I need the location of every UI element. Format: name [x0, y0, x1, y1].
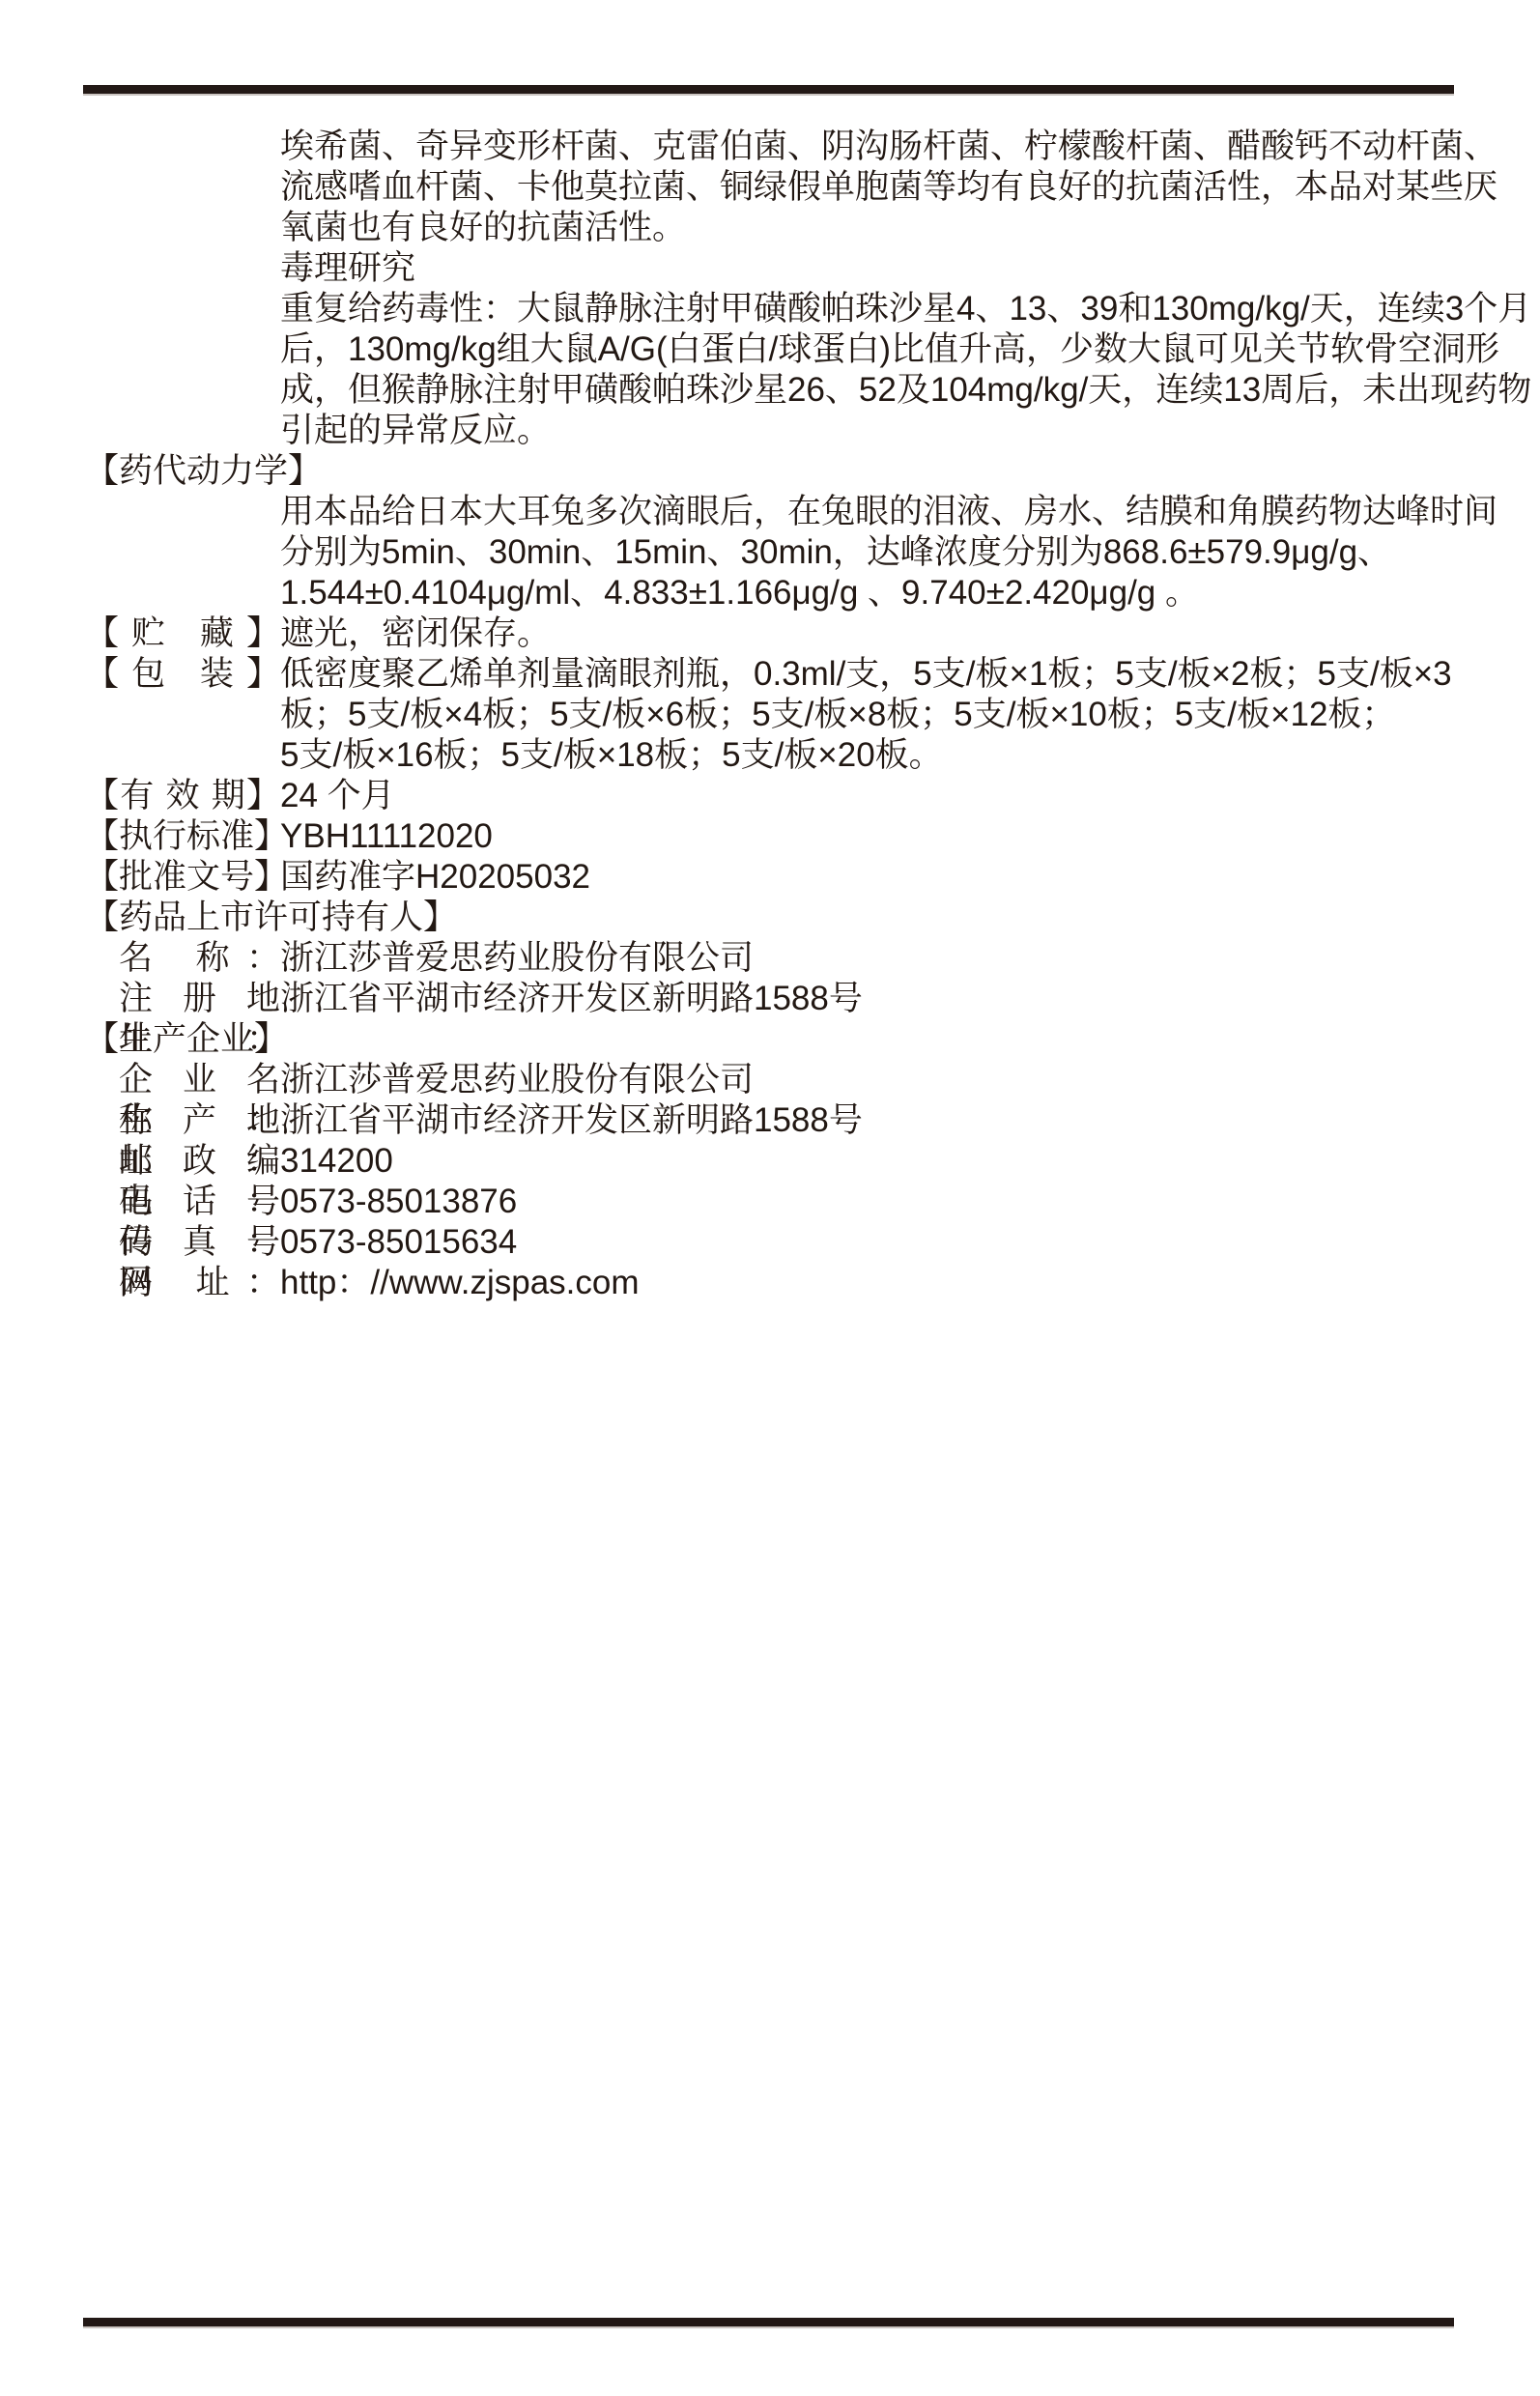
doc-line: 用本品给日本大耳兔多次滴眼后，在兔眼的泪液、房水、结膜和角膜药物达峰时间	[85, 492, 1467, 532]
line-text: 重复给药毒性：大鼠静脉注射甲磺酸帕珠沙星4、13、39和130mg/kg/天，连…	[280, 290, 1531, 328]
line-text: 后，130mg/kg组大鼠A/G(白蛋白/球蛋白)比值升高，少数大鼠可见关节软骨…	[280, 330, 1499, 368]
doc-line: 成，但猴静脉注射甲磺酸帕珠沙星26、52及104mg/kg/天，连续13周后，未…	[85, 370, 1467, 411]
line-text: 分别为5min、30min、15min、30min，达峰浓度分别为868.6±5…	[280, 533, 1391, 571]
doc-line: 引起的异常反应。	[85, 411, 1467, 451]
line-text: 0573-85013876	[280, 1183, 517, 1220]
doc-line: 企业名称：浙江莎普爱思药业股份有限公司	[85, 1060, 1467, 1100]
doc-line: 1.544±0.4104μg/ml、4.833±1.166μg/g 、9.740…	[85, 573, 1467, 613]
line-text: 用本品给日本大耳兔多次滴眼后，在兔眼的泪液、房水、结膜和角膜药物达峰时间	[280, 493, 1497, 530]
doc-line: 【生产企业】	[85, 1019, 1467, 1060]
line-text: http：//www.zjspas.com	[280, 1264, 640, 1301]
line-text: 1.544±0.4104μg/ml、4.833±1.166μg/g 、9.740…	[280, 574, 1199, 612]
doc-line: 5支/板×16板；5支/板×18板；5支/板×20板。	[85, 735, 1467, 776]
line-text: 毒理研究	[280, 249, 415, 287]
section-label: 【药品上市许可持有人】	[85, 898, 457, 938]
doc-line: 邮政编码：314200	[85, 1141, 1467, 1182]
line-text: 氧菌也有良好的抗菌活性。	[280, 209, 686, 246]
line-text: 埃希菌、奇异变形杆菌、克雷伯菌、阴沟肠杆菌、柠檬酸杆菌、醋酸钙不动杆菌、	[280, 128, 1497, 165]
section-label: 【批准文号】	[85, 857, 280, 898]
line-text: YBH11112020	[280, 817, 493, 855]
line-text: 0573-85015634	[280, 1223, 517, 1261]
doc-line: 【批准文号】国药准字H20205032	[85, 857, 1467, 898]
line-text: 24 个月	[280, 777, 395, 814]
doc-line: 名 称：浙江莎普爱思药业股份有限公司	[85, 938, 1467, 979]
section-label: 【包 装】	[85, 654, 280, 695]
doc-line: 重复给药毒性：大鼠静脉注射甲磺酸帕珠沙星4、13、39和130mg/kg/天，连…	[85, 289, 1467, 329]
section-label: 【有 效 期】	[85, 776, 280, 816]
doc-line: 【执行标准】YBH11112020	[85, 816, 1467, 857]
doc-line: 氧菌也有良好的抗菌活性。	[85, 208, 1467, 248]
line-text: 成，但猴静脉注射甲磺酸帕珠沙星26、52及104mg/kg/天，连续13周后，未…	[280, 371, 1531, 409]
line-text: 5支/板×16板；5支/板×18板；5支/板×20板。	[280, 736, 943, 774]
doc-line: 板；5支/板×4板；5支/板×6板；5支/板×8板；5支/板×10板；5支/板×…	[85, 695, 1467, 735]
line-text: 低密度聚乙烯单剂量滴眼剂瓶，0.3ml/支，5支/板×1板；5支/板×2板；5支…	[280, 655, 1452, 693]
section-label: 【执行标准】	[85, 816, 280, 857]
doc-line: 注册地址：浙江省平湖市经济开发区新明路1588号	[85, 979, 1467, 1019]
top-rule	[83, 85, 1454, 96]
line-text: 流感嗜血杆菌、卡他莫拉菌、铜绿假单胞菌等均有良好的抗菌活性，本品对某些厌	[280, 168, 1497, 206]
line-text: 遮光，密闭保存。	[280, 614, 551, 652]
doc-line: 流感嗜血杆菌、卡他莫拉菌、铜绿假单胞菌等均有良好的抗菌活性，本品对某些厌	[85, 167, 1467, 208]
doc-line: 【药代动力学】	[85, 451, 1467, 492]
doc-line: 埃希菌、奇异变形杆菌、克雷伯菌、阴沟肠杆菌、柠檬酸杆菌、醋酸钙不动杆菌、	[85, 127, 1467, 167]
line-text: 浙江省平湖市经济开发区新明路1588号	[280, 980, 863, 1017]
line-text: 引起的异常反应。	[280, 412, 551, 449]
section-label: 【贮 藏】	[85, 613, 280, 654]
section-label: 【生产企业】	[85, 1019, 288, 1060]
field-label: 网 址：	[119, 1263, 280, 1303]
doc-line: 分别为5min、30min、15min、30min，达峰浓度分别为868.6±5…	[85, 532, 1467, 573]
line-text: 314200	[280, 1142, 393, 1180]
doc-line: 【药品上市许可持有人】	[85, 898, 1467, 938]
doc-line: 【包 装】低密度聚乙烯单剂量滴眼剂瓶，0.3ml/支，5支/板×1板；5支/板×…	[85, 654, 1467, 695]
line-text: 板；5支/板×4板；5支/板×6板；5支/板×8板；5支/板×10板；5支/板×…	[280, 696, 1395, 733]
line-text: 浙江莎普爱思药业股份有限公司	[280, 1061, 754, 1098]
line-text: 国药准字H20205032	[280, 858, 590, 896]
doc-line: 后，130mg/kg组大鼠A/G(白蛋白/球蛋白)比值升高，少数大鼠可见关节软骨…	[85, 329, 1467, 370]
section-label: 【药代动力学】	[85, 451, 322, 492]
doc-line: 电话号码：0573-85013876	[85, 1182, 1467, 1222]
line-text: 浙江省平湖市经济开发区新明路1588号	[280, 1101, 863, 1139]
line-text: 浙江莎普爱思药业股份有限公司	[280, 939, 754, 977]
doc-line: 网 址：http：//www.zjspas.com	[85, 1263, 1467, 1303]
doc-line: 传真号码：0573-85015634	[85, 1222, 1467, 1263]
doc-line: 生产地址：浙江省平湖市经济开发区新明路1588号	[85, 1100, 1467, 1141]
bottom-rule	[83, 2318, 1454, 2328]
doc-line: 【有 效 期】24 个月	[85, 776, 1467, 816]
field-label: 名 称：	[119, 938, 280, 979]
doc-line: 毒理研究	[85, 248, 1467, 289]
doc-line: 【贮 藏】遮光，密闭保存。	[85, 613, 1467, 654]
leaflet-text-block: 埃希菌、奇异变形杆菌、克雷伯菌、阴沟肠杆菌、柠檬酸杆菌、醋酸钙不动杆菌、 流感嗜…	[85, 127, 1467, 1303]
